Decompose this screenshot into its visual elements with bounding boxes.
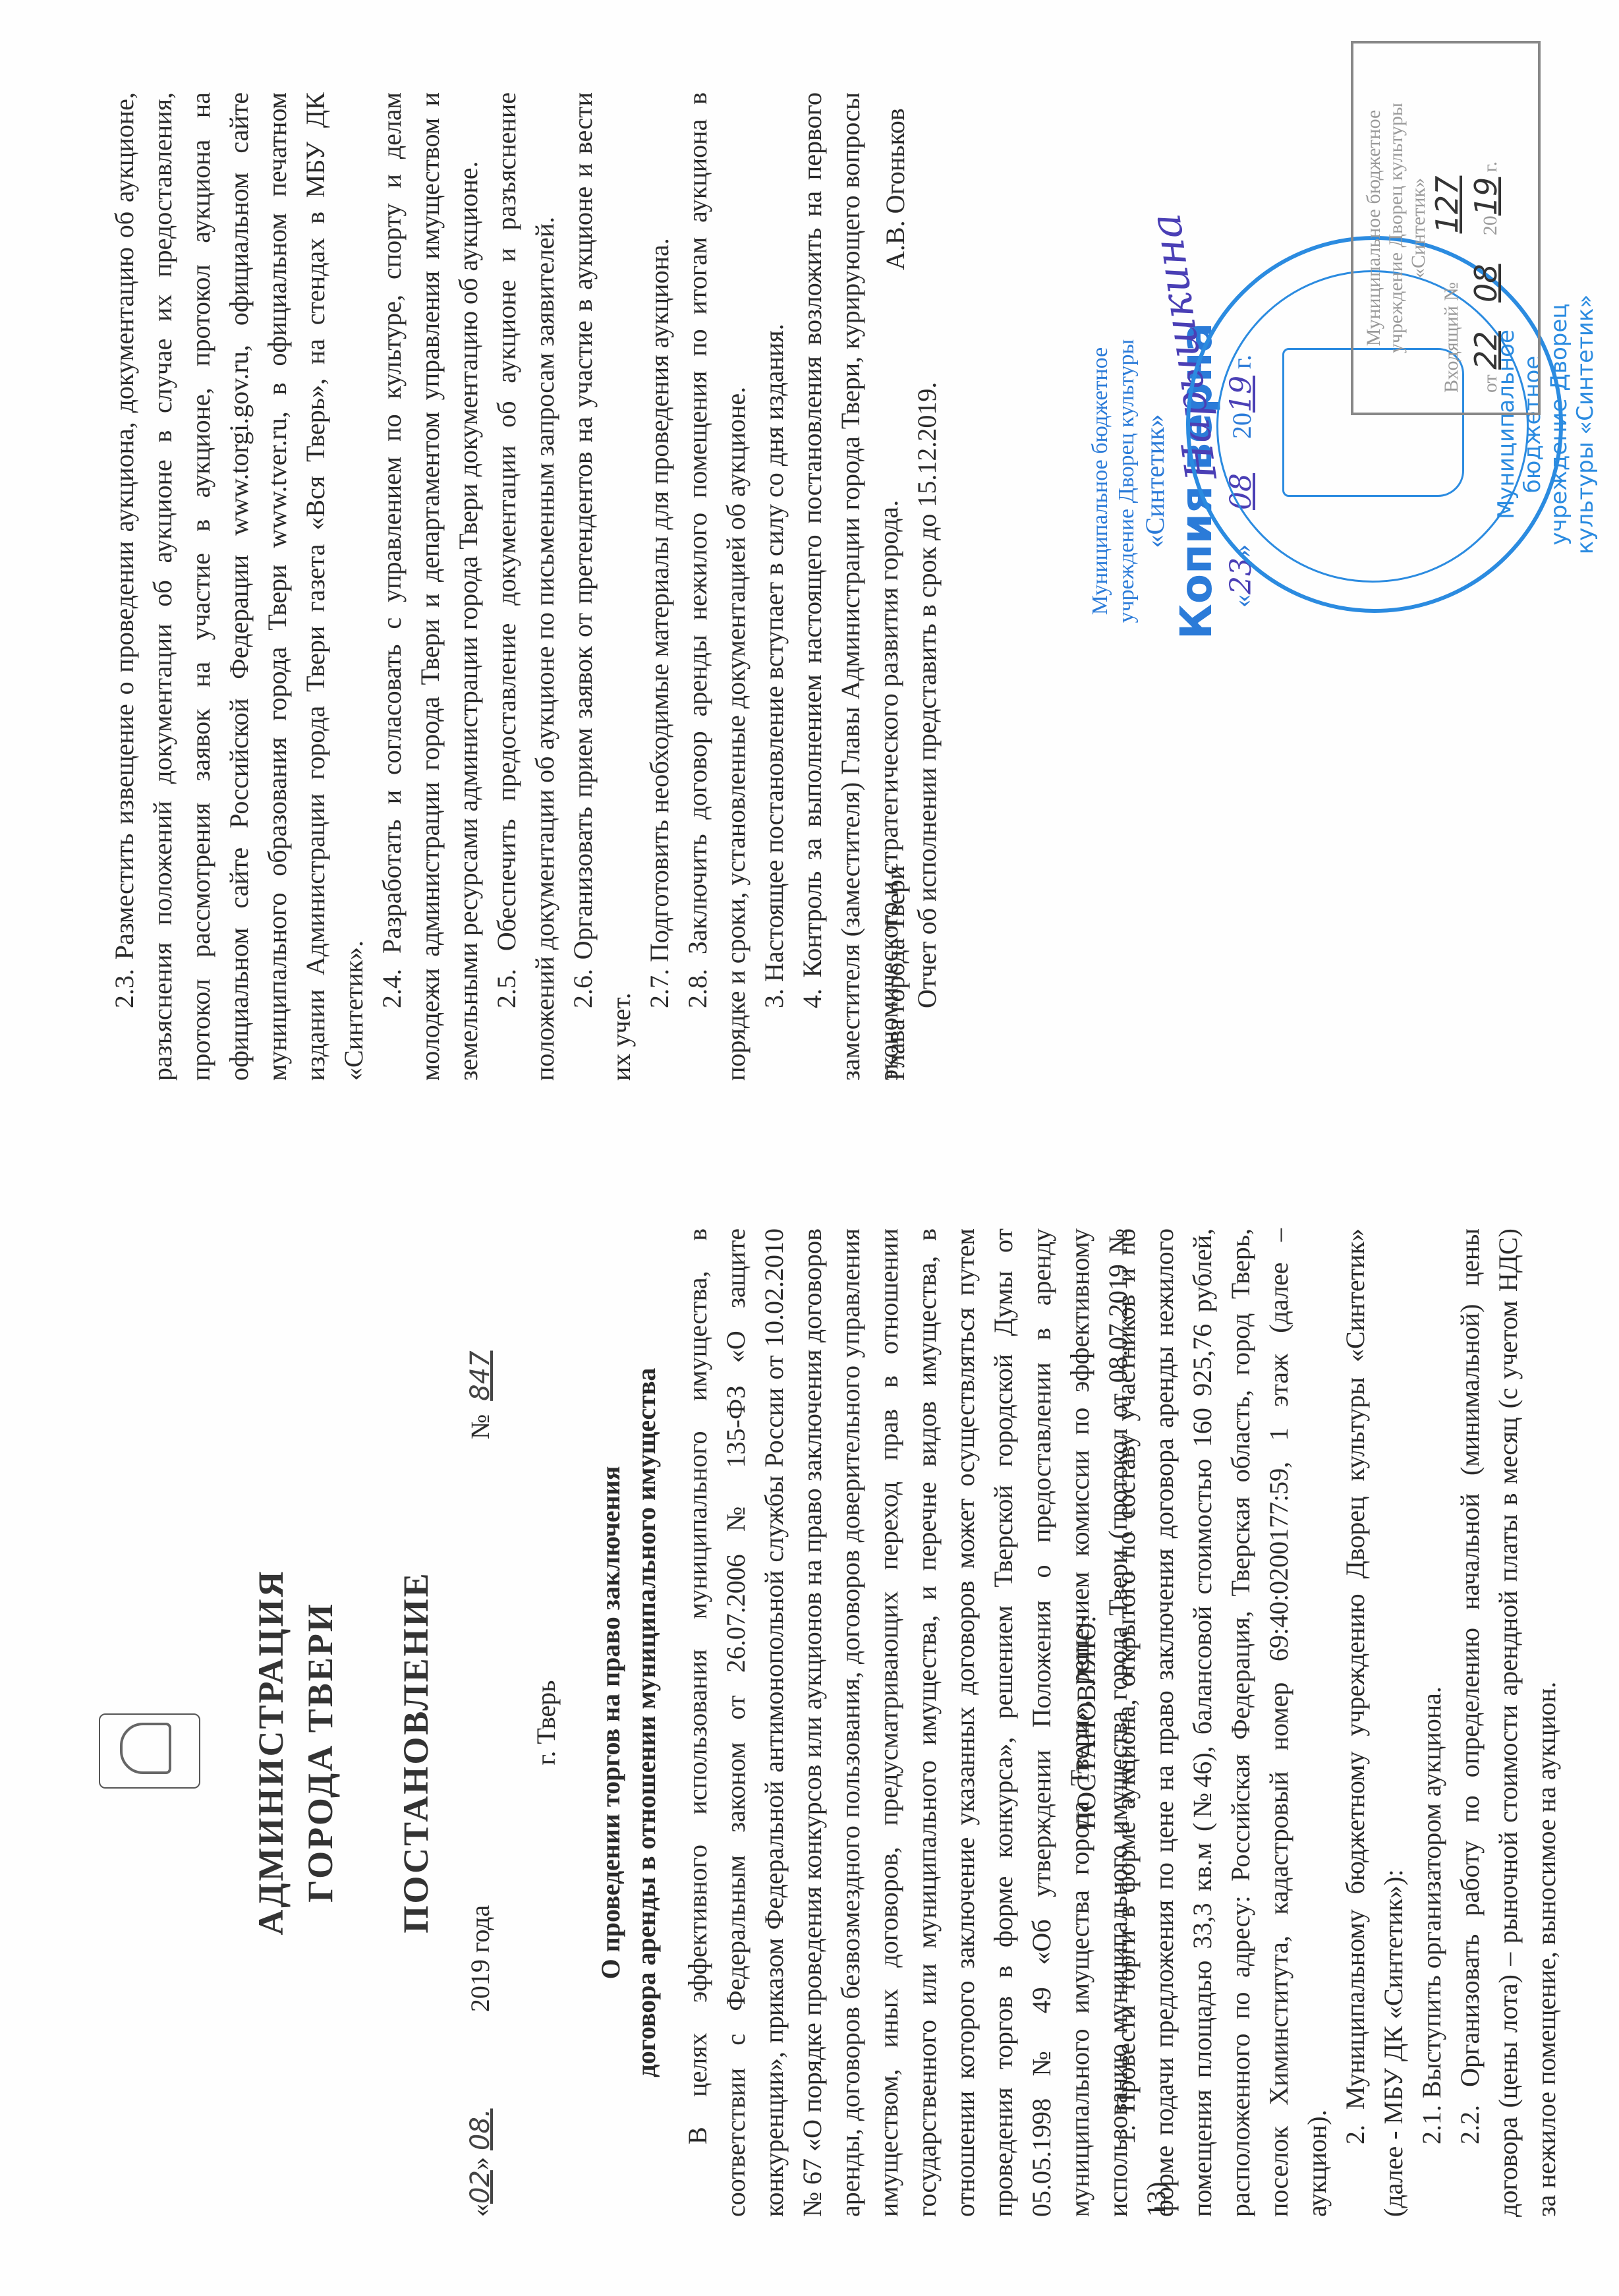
place: г. Тверь — [527, 1228, 565, 2217]
signature-name: А.В. Огоньков — [876, 108, 915, 270]
date-day: 02 — [465, 2170, 496, 2204]
incoming-number: 127 — [1430, 132, 1464, 277]
decree-number: 847 — [461, 1296, 499, 1408]
date-year: 2019 года — [465, 1905, 495, 2012]
item-1: 1. Провести торги в форме аукциона, откр… — [1107, 1228, 1336, 2217]
page-1: АДМИНИСТРАЦИЯ ГОРОДА ТВЕРИ ПОСТАНОВЛЕНИЕ… — [0, 1153, 1619, 2296]
incoming-date-row: от 22 08 2019 г. — [1469, 43, 1508, 413]
org-name-line1: АДМИНИСТРАЦИЯ — [250, 1406, 291, 2098]
item-2-5: 2.5. Обеспечить предоставление документа… — [488, 92, 564, 1081]
date-month: 08. — [461, 2019, 499, 2150]
item-2-2: 2.2. Организовать работу по определению … — [1451, 1228, 1566, 2217]
item-2: 2. Муниципальному бюджетному учреждению … — [1336, 1228, 1413, 2217]
org-name-line2: ГОРОДА ТВЕРИ — [300, 1406, 341, 2098]
item-2-4: 2.4. Разработать и согласовать с управле… — [373, 92, 488, 1081]
item-2-3: 2.3. Разместить извещение о проведении а… — [105, 92, 373, 1081]
item-2-6: 2.6. Организовать прием заявок от претен… — [564, 92, 640, 1081]
number-prefix: № — [465, 1414, 495, 1439]
scanned-document-spread: АДМИНИСТРАЦИЯ ГОРОДА ТВЕРИ ПОСТАНОВЛЕНИЕ… — [0, 0, 1619, 2296]
page-2: 2.3. Разместить извещение о проведении а… — [0, 0, 1619, 1153]
signature-position: Глава города Твери — [876, 865, 915, 1081]
coat-of-arms-icon — [99, 1713, 200, 1789]
incoming-number-row: Входящий № 127 — [1430, 43, 1469, 413]
item-2-1: 2.1. Выступить организатором аукциона. — [1413, 1228, 1451, 2217]
item-2-8: 2.8. Заключить договор аренды нежилого п… — [679, 92, 755, 1081]
item-3: 3. Настоящее постановление вступает в си… — [755, 92, 793, 1081]
registration-stamp: Муниципальное бюджетное учреждение Дворе… — [1351, 41, 1541, 415]
decree-title: О проведении торгов на право заключения … — [593, 1228, 664, 2217]
doc-type-heading: ПОСТАНОВЛЕНИЕ — [395, 1406, 436, 2098]
date-line: «02» 08. 2019 года № 847 — [461, 1228, 499, 2217]
page1-items: 1. Провести торги в форме аукциона, откр… — [1107, 1228, 1566, 2217]
item-2-7: 2.7. Подготовить необходимые материалы д… — [640, 92, 679, 1081]
resolve-word: ПОСТАНОВЛЯЮ: — [1067, 1228, 1106, 2217]
page2-items: 2.3. Разместить извещение о проведении а… — [105, 92, 946, 1081]
